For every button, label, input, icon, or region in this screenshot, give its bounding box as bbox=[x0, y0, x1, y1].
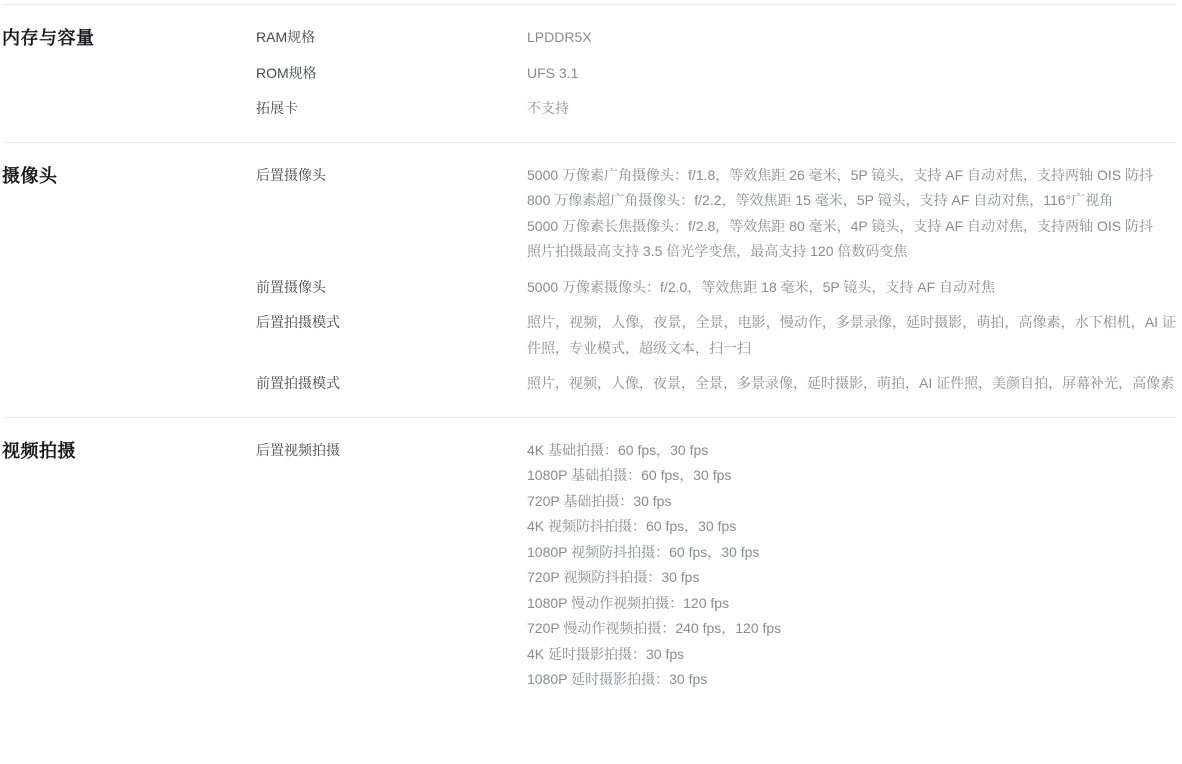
spec-section: 摄像头 后置摄像头 5000 万像素广角摄像头：f/1.8，等效焦距 26 毫米… bbox=[2, 142, 1176, 417]
spec-rows: 后置视频拍摄 4K 基础拍摄：60 fps，30 fps 1080P 基础拍摄：… bbox=[256, 438, 1176, 693]
spec-value: 照片，视频，人像，夜景，全景，多景录像，延时摄影，萌拍，AI 证件照，美颜自拍，… bbox=[527, 371, 1176, 397]
spec-value-line: 1080P 基础拍摄：60 fps，30 fps bbox=[527, 463, 1176, 489]
spec-rows: RAM规格 LPDDR5X ROM规格 UFS 3.1 拓展卡 不支持 bbox=[256, 25, 1176, 122]
spec-value-line: LPDDR5X bbox=[527, 25, 1176, 51]
spec-value-line: 5000 万像素广角摄像头：f/1.8，等效焦距 26 毫米，5P 镜头，支持 … bbox=[527, 163, 1176, 189]
spec-label: 前置拍摄模式 bbox=[256, 371, 527, 397]
spec-label: RAM规格 bbox=[256, 25, 527, 51]
spec-value-line: 1080P 视频防抖拍摄：60 fps，30 fps bbox=[527, 540, 1176, 566]
spec-value-line: 照片拍摄最高支持 3.5 倍光学变焦，最高支持 120 倍数码变焦 bbox=[527, 239, 1176, 265]
spec-value-line: 800 万像素超广角摄像头：f/2.2，等效焦距 15 毫米，5P 镜头，支持 … bbox=[527, 188, 1176, 214]
spec-value: 5000 万像素广角摄像头：f/1.8，等效焦距 26 毫米，5P 镜头，支持 … bbox=[527, 163, 1176, 265]
spec-value: 不支持 bbox=[527, 96, 1176, 122]
spec-value-line: 照片，视频，人像，夜景，全景，多景录像，延时摄影，萌拍，AI 证件照，美颜自拍，… bbox=[527, 371, 1176, 397]
spec-section: 视频拍摄 后置视频拍摄 4K 基础拍摄：60 fps，30 fps 1080P … bbox=[2, 417, 1176, 713]
spec-label: 拓展卡 bbox=[256, 96, 527, 122]
section-title: 视频拍摄 bbox=[2, 438, 256, 464]
spec-value: 4K 基础拍摄：60 fps，30 fps 1080P 基础拍摄：60 fps，… bbox=[527, 438, 1176, 693]
spec-page: 内存与容量 RAM规格 LPDDR5X ROM规格 UFS 3.1 拓展卡 不支… bbox=[0, 0, 1182, 713]
spec-section: 内存与容量 RAM规格 LPDDR5X ROM规格 UFS 3.1 拓展卡 不支… bbox=[2, 4, 1176, 142]
spec-value-line: 4K 基础拍摄：60 fps，30 fps bbox=[527, 438, 1176, 464]
spec-label: 前置摄像头 bbox=[256, 275, 527, 301]
spec-value: LPDDR5X bbox=[527, 25, 1176, 51]
spec-row: 前置摄像头 5000 万像素摄像头：f/2.0，等效焦距 18 毫米，5P 镜头… bbox=[256, 275, 1176, 301]
section-title: 内存与容量 bbox=[2, 25, 256, 51]
spec-row: RAM规格 LPDDR5X bbox=[256, 25, 1176, 51]
spec-value-line: 720P 基础拍摄：30 fps bbox=[527, 489, 1176, 515]
spec-value-line: 4K 视频防抖拍摄：60 fps，30 fps bbox=[527, 514, 1176, 540]
spec-value-line: 5000 万像素长焦摄像头：f/2.8，等效焦距 80 毫米，4P 镜头，支持 … bbox=[527, 214, 1176, 240]
spec-rows: 后置摄像头 5000 万像素广角摄像头：f/1.8，等效焦距 26 毫米，5P … bbox=[256, 163, 1176, 397]
spec-row: 后置拍摄模式 照片，视频，人像，夜景，全景，电影，慢动作，多景录像，延时摄影，萌… bbox=[256, 310, 1176, 361]
spec-label: ROM规格 bbox=[256, 61, 527, 87]
spec-value-line: UFS 3.1 bbox=[527, 61, 1176, 87]
spec-value-line: 照片，视频，人像，夜景，全景，电影，慢动作，多景录像，延时摄影，萌拍，高像素，水… bbox=[527, 310, 1176, 361]
spec-sections: 内存与容量 RAM规格 LPDDR5X ROM规格 UFS 3.1 拓展卡 不支… bbox=[2, 4, 1176, 713]
spec-row: 后置视频拍摄 4K 基础拍摄：60 fps，30 fps 1080P 基础拍摄：… bbox=[256, 438, 1176, 693]
spec-value-line: 1080P 延时摄影拍摄：30 fps bbox=[527, 667, 1176, 693]
spec-row: 拓展卡 不支持 bbox=[256, 96, 1176, 122]
spec-value: 照片，视频，人像，夜景，全景，电影，慢动作，多景录像，延时摄影，萌拍，高像素，水… bbox=[527, 310, 1176, 361]
spec-value-line: 不支持 bbox=[527, 96, 1176, 122]
spec-row: 前置拍摄模式 照片，视频，人像，夜景，全景，多景录像，延时摄影，萌拍，AI 证件… bbox=[256, 371, 1176, 397]
spec-row: 后置摄像头 5000 万像素广角摄像头：f/1.8，等效焦距 26 毫米，5P … bbox=[256, 163, 1176, 265]
spec-label: 后置视频拍摄 bbox=[256, 438, 527, 464]
spec-value-line: 720P 慢动作视频拍摄：240 fps，120 fps bbox=[527, 616, 1176, 642]
spec-value-line: 5000 万像素摄像头：f/2.0，等效焦距 18 毫米，5P 镜头，支持 AF… bbox=[527, 275, 1176, 301]
spec-value-line: 720P 视频防抖拍摄：30 fps bbox=[527, 565, 1176, 591]
spec-value: 5000 万像素摄像头：f/2.0，等效焦距 18 毫米，5P 镜头，支持 AF… bbox=[527, 275, 1176, 301]
spec-row: ROM规格 UFS 3.1 bbox=[256, 61, 1176, 87]
spec-label: 后置摄像头 bbox=[256, 163, 527, 189]
spec-value-line: 4K 延时摄影拍摄：30 fps bbox=[527, 642, 1176, 668]
section-title: 摄像头 bbox=[2, 163, 256, 189]
spec-value: UFS 3.1 bbox=[527, 61, 1176, 87]
spec-value-line: 1080P 慢动作视频拍摄：120 fps bbox=[527, 591, 1176, 617]
spec-label: 后置拍摄模式 bbox=[256, 310, 527, 336]
